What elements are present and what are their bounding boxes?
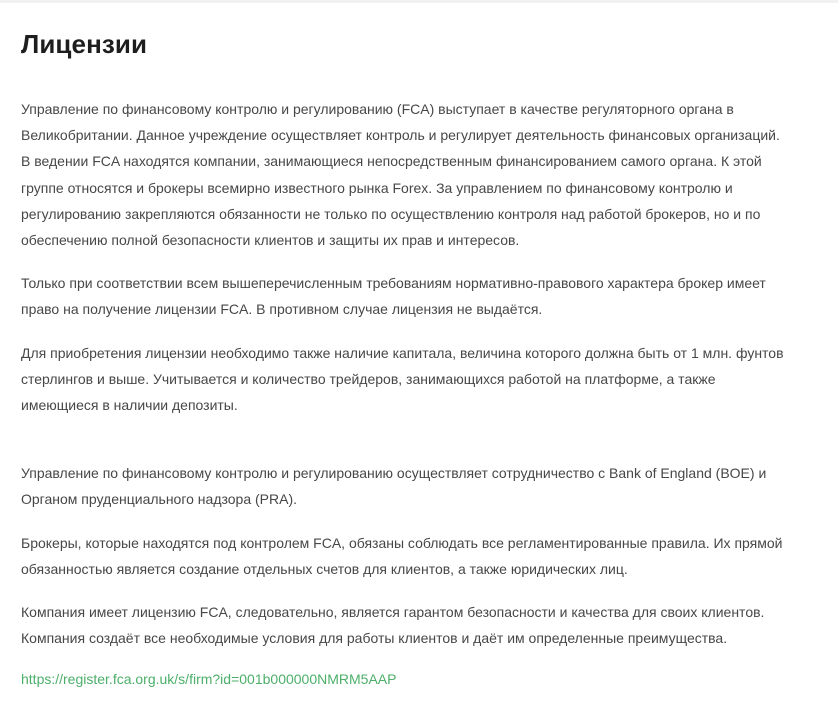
licenses-section: Лицензии Управление по финансовому контр… — [21, 28, 821, 692]
text-line: Великобритании. Данное учреждение осущес… — [21, 127, 780, 143]
text-line: Для приобретения лицензии необходимо так… — [21, 345, 784, 361]
text-line: имеющиеся в наличии депозиты. — [21, 397, 238, 413]
text-line: обязанностью является создание отдельных… — [21, 561, 628, 577]
text-line: Брокеры, которые находятся под контролем… — [21, 535, 782, 551]
top-divider-strip — [0, 0, 838, 3]
page-title: Лицензии — [21, 28, 821, 60]
paragraph-cooperation: Управление по финансовому контролю и рег… — [21, 460, 821, 512]
text-line: Только при соответствии всем вышеперечис… — [21, 275, 766, 291]
paragraph-fca-overview: Управление по финансовому контролю и рег… — [21, 96, 821, 253]
paragraph-broker-obligations: Брокеры, которые находятся под контролем… — [21, 530, 821, 582]
text-line: право на получение лицензии FCA. В проти… — [21, 301, 542, 317]
paragraph-license-requirements: Только при соответствии всем вышеперечис… — [21, 270, 821, 322]
text-line: Управление по финансовому контролю и рег… — [21, 101, 734, 117]
paragraph-company-license: Компания имеет лицензию FCA, следователь… — [21, 599, 821, 651]
text-line: стерлингов и выше. Учитывается и количес… — [21, 371, 716, 387]
text-line: В ведении FCA находятся компании, занима… — [21, 153, 762, 169]
text-line: группе относятся и брокеры всемирно изве… — [21, 180, 733, 196]
fca-register-link[interactable]: https://register.fca.org.uk/s/firm?id=00… — [21, 666, 821, 692]
text-line: Органом пруденциального надзора (PRA). — [21, 491, 297, 507]
text-line: Компания имеет лицензию FCA, следователь… — [21, 604, 764, 620]
text-line: регулированию закрепляются обязанности н… — [21, 206, 760, 222]
text-line: Управление по финансовому контролю и рег… — [21, 465, 766, 481]
text-line: обеспечению полной безопасности клиентов… — [21, 232, 519, 248]
text-line: Компания создаёт все необходимые условия… — [21, 630, 727, 646]
paragraph-capital-requirements: Для приобретения лицензии необходимо так… — [21, 340, 821, 419]
